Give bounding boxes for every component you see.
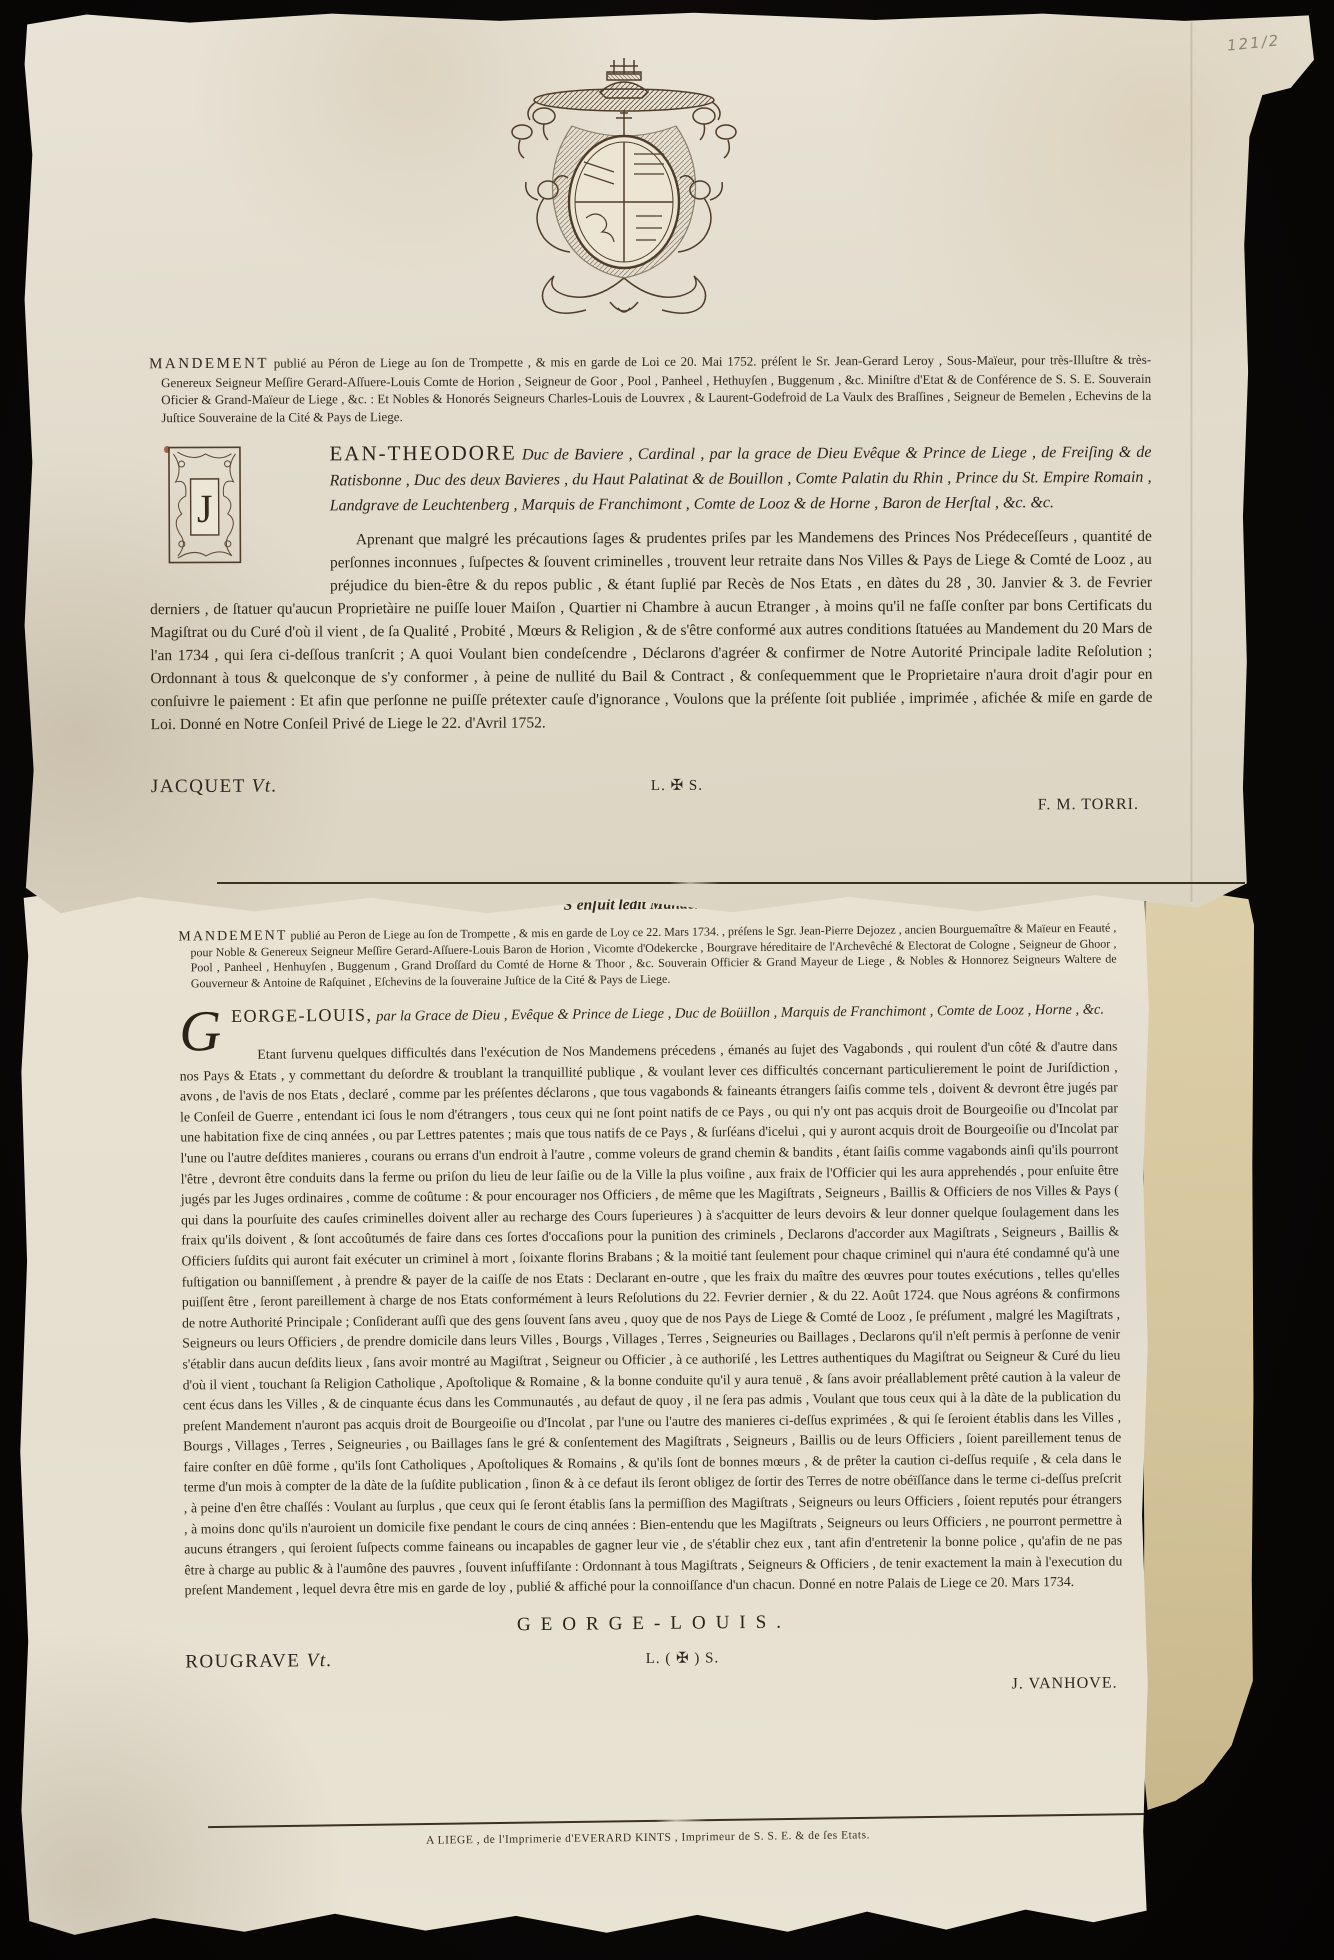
ornamental-initial: J (167, 446, 242, 596)
doc-1752-body-text: Aprenant que malgré les précautions ſage… (150, 525, 1153, 736)
printer-imprint: A LIEGE , de l'Imprimerie d'EVERARD KINT… (268, 1827, 1028, 1848)
doc-1752-title-text-block: EAN-THEODORE Duc de Baviere , Cardinal ,… (149, 438, 1151, 519)
doc-1752-countersignature: JACQUET Vt. (151, 774, 552, 798)
doc-1734-seal-mark: L. ( ✠ ) S. (542, 1647, 824, 1669)
doc-1734-column: S'enſuit ledit Mandement. MANDEMENT publ… (178, 891, 1124, 1701)
countersigner-vt: Vt. (307, 1650, 333, 1671)
sheet-1752: 121/2 MANDEMENT publié au Péron de Liege… (22, 10, 1314, 915)
photograph-background: { "annotation": { "page_mark": "121/2" }… (0, 0, 1334, 1960)
doc-1734-title-text: par la Grace de Dieu , Evêque & Prince d… (376, 1002, 1104, 1025)
doc-1734-secretary-signature: J. VANHOVE. (1012, 1675, 1118, 1693)
doc-1734-countersignature: ROUGRAVE Vt. (185, 1648, 542, 1673)
doc-1734-title-lead: EORGE-LOUIS, (231, 1005, 373, 1026)
doc-1734-royal-title: GEORGE-LOUIS, par la Grace de Dieu , Evê… (179, 996, 1117, 1030)
doc-1734-header-text: publié au Peron de Liege au ſon de Tromp… (190, 920, 1116, 989)
pencil-archive-mark: 121/2 (1226, 31, 1281, 54)
doc-1734-body-text: Etant ſurvenu quelques difficultés dans … (179, 1036, 1122, 1601)
doc-1752-secretary-signature: F. M. TORRI. (1038, 796, 1139, 813)
doc-1752-royal-title: J EAN-THEODORE Duc de Baviere , Cardinal… (149, 438, 1151, 519)
doc-1752-publication-header: MANDEMENT publié au Péron de Liege au ſo… (149, 351, 1151, 426)
countersigner-vt: Vt. (252, 776, 278, 797)
coat-of-arms-icon (474, 50, 774, 332)
countersigner-name: JACQUET (151, 776, 252, 797)
initial-J-woodcut-icon: J (167, 446, 242, 564)
doc-1752-seal-mark: L. ✠ S. (552, 775, 803, 795)
doc-1734-publication-header: MANDEMENT publié au Peron de Liege au ſo… (178, 920, 1117, 991)
sheet-1734: S'enſuit ledit Mandement. MANDEMENT publ… (18, 882, 1150, 1937)
tan-backing-paper (1142, 888, 1254, 1810)
drop-cap-J: J (197, 486, 213, 531)
coat-of-arms-engraving (474, 50, 774, 332)
doc-1734-footer-rule (208, 1812, 1226, 1828)
doc-1734-lead-word: MANDEMENT (178, 928, 287, 944)
paper-fold-line (1190, 22, 1193, 902)
countersigner-name: ROUGRAVE (185, 1650, 307, 1672)
doc-1734-signature-name: GEORGE-LOUIS. (185, 1608, 1123, 1639)
drop-cap-G: G (179, 1005, 231, 1055)
doc-1752-lead-word: MANDEMENT (149, 356, 269, 373)
doc-1752-header-text: publié au Péron de Liege au ſon de Tromp… (161, 352, 1151, 425)
doc-1752-column: MANDEMENT publié au Péron de Liege au ſo… (149, 338, 1153, 818)
doc-1752-footer-rule (217, 882, 1245, 884)
doc-1752-title-lead: EAN-THEODORE (329, 441, 516, 466)
